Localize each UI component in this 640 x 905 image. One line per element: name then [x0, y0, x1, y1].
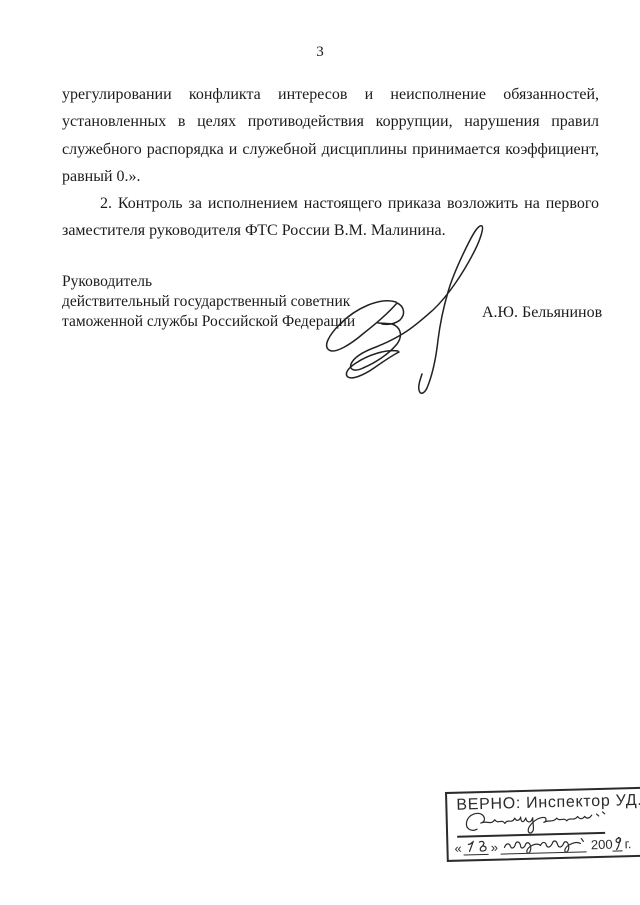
signatory-name: А.Ю. Бельянинов — [482, 304, 602, 322]
stamp-quote-open: « — [454, 841, 462, 856]
stamp-year-digit-slot — [612, 835, 622, 851]
paragraph-line: установленных в целях противодействия ко… — [62, 108, 599, 135]
paragraph-line: урегулировании конфликта интересов и неи… — [62, 81, 599, 108]
paragraph-line: служебного распорядка и служебной дисцип… — [62, 136, 599, 163]
document-page: 3 урегулировании конфликта интересов и н… — [0, 0, 640, 905]
stamp-handwritten-signature — [460, 807, 607, 837]
stamp-month-slot — [501, 836, 587, 854]
paragraph-line: равный 0.». — [62, 163, 599, 190]
page-number: 3 — [0, 44, 640, 61]
stamp-handwritten-day — [463, 838, 488, 855]
stamp-day-slot — [463, 839, 488, 856]
certification-stamp: ВЕРНО: Инспектор УД. « » — [445, 786, 640, 862]
stamp-handwritten-year-digit — [612, 834, 622, 850]
stamp-year-suffix: г. — [624, 836, 631, 851]
stamp-quote-close: » — [491, 840, 499, 855]
stamp-date-line: « » 200 г. — [454, 834, 640, 855]
stamp-year-prefix: 200 — [591, 837, 613, 853]
handwritten-signature — [312, 212, 497, 407]
stamp-handwritten-month — [501, 833, 587, 853]
